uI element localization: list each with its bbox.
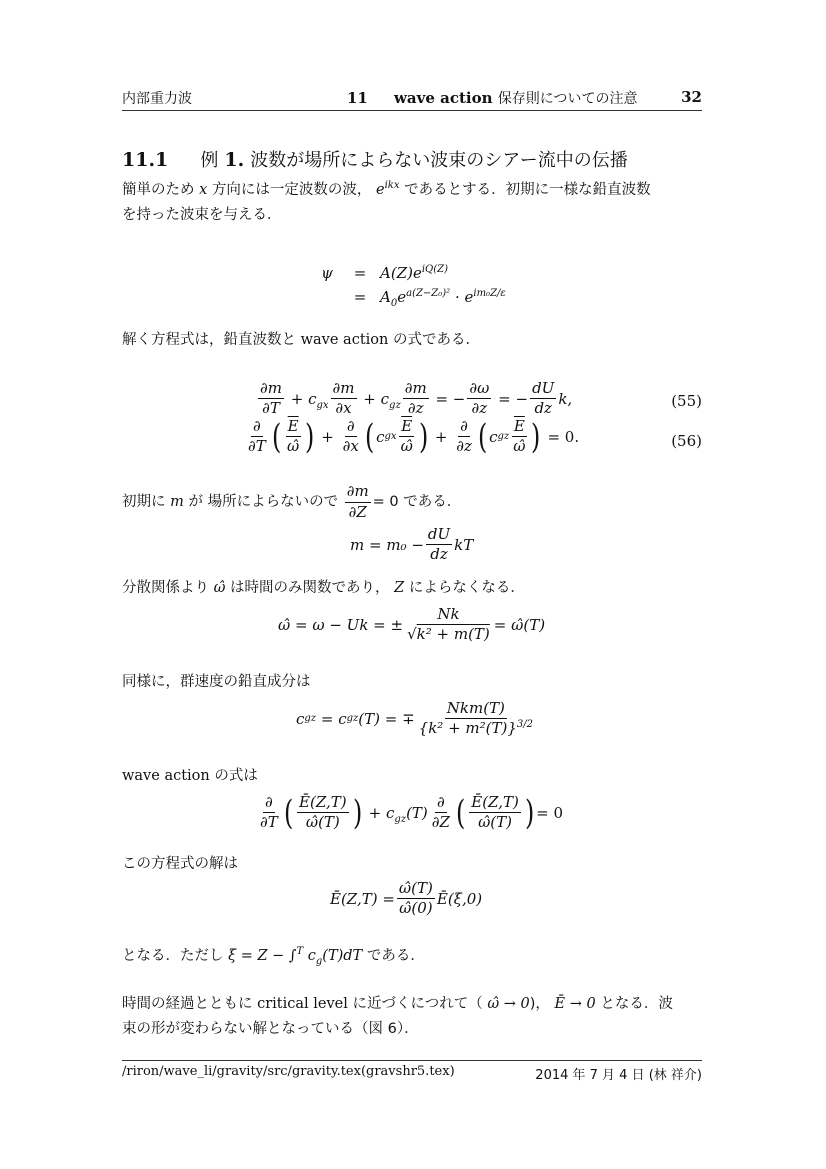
equation-number-55: (55) <box>671 392 702 410</box>
section-number: 11.1 <box>122 149 168 171</box>
page-number: 32 <box>681 88 702 106</box>
source-path: /riron/wave_li/gravity/src/gravity.tex(g… <box>122 1064 455 1079</box>
paragraph-solution-intro: この方程式の解は <box>122 852 707 877</box>
equation-55: ∂m∂T + cgx ∂m∂x + cgz ∂m∂z = − ∂ω∂z = − … <box>256 380 572 418</box>
paragraph-critical-level: 時間の経過とともに critical level に近づくにつれて（ ω̂ → … <box>122 992 707 1042</box>
section-title-text: 波数が場所によらない波束のシアー流中の伝播 <box>250 150 627 171</box>
paragraph-intro: 簡単のため x 方向には一定波数の波， eikx であるとする．初期に一様な鉛直… <box>122 178 707 228</box>
footer-date-author: 2014 年 7 月 4 日 (林 祥介) <box>535 1064 702 1083</box>
section-title: 11.1 例 1. 波数が場所によらない波束のシアー流中の伝播 <box>122 146 628 172</box>
chapter-heading: 11 wave action 保存則についての注意 <box>347 88 637 108</box>
equation-omega-hat: ω̂ = ω − Uk = ± Nk√k² + m(T) = ω̂(T) <box>278 606 545 644</box>
example-label: 例 <box>200 150 218 171</box>
equation-m: m = m₀ − dUdz kT <box>350 526 473 564</box>
paragraph-dispersion: 分散関係より ω̂ は時間のみ関数であり， Z によらなくなる． <box>122 576 707 601</box>
paragraph-wave-action: wave action の式は <box>122 764 707 789</box>
equation-cgz: cgz = cgz (T) = ∓ Nkm(T){k² + m²(T)}3/2 <box>296 700 537 738</box>
example-number: 1. <box>224 149 244 171</box>
equation-number-56: (56) <box>671 432 702 450</box>
paragraph-xi-definition: となる．ただし ξ = Z − ∫T cg(T)dT である． <box>122 944 707 969</box>
running-footer: /riron/wave_li/gravity/src/gravity.tex(g… <box>122 1064 702 1079</box>
chapter-title-latin: wave action <box>394 89 493 107</box>
running-header: 内部重力波 11 wave action 保存則についての注意 32 <box>122 88 702 110</box>
equation-psi: ψ = A(Z)eiQ(Z) = A0ea(Z−Z₀)² · eim₀Z/ε <box>314 262 506 310</box>
equation-solution: Ē(Z,T) = ω̂(T)ω̂(0) Ē(ξ,0) <box>330 880 482 918</box>
paragraph-equations-intro: 解く方程式は，鉛直波数と wave action の式である． <box>122 328 707 353</box>
chapter-number: 11 <box>347 89 368 107</box>
chapter-title-jp: 保存則についての注意 <box>498 91 638 107</box>
paragraph-m-independent: 初期に m が 場所によらないので ∂m∂Z = 0 である． <box>122 482 707 522</box>
equation-56: ∂∂T (Eω̂) + ∂∂x (cgxEω̂) + ∂∂z (cgzEω̂) … <box>244 418 579 456</box>
document-page: 内部重力波 11 wave action 保存則についての注意 32 11.1 … <box>0 0 826 1169</box>
footer-rule <box>122 1060 702 1061</box>
doc-title: 内部重力波 <box>122 88 192 108</box>
equation-wave-action: ∂∂T (Ē(Z,T)ω̂(T)) + cgz(T) ∂∂Z (Ē(Z,T)ω̂… <box>256 794 563 832</box>
header-rule <box>122 110 702 111</box>
paragraph-group-velocity: 同様に，群速度の鉛直成分は <box>122 670 707 695</box>
